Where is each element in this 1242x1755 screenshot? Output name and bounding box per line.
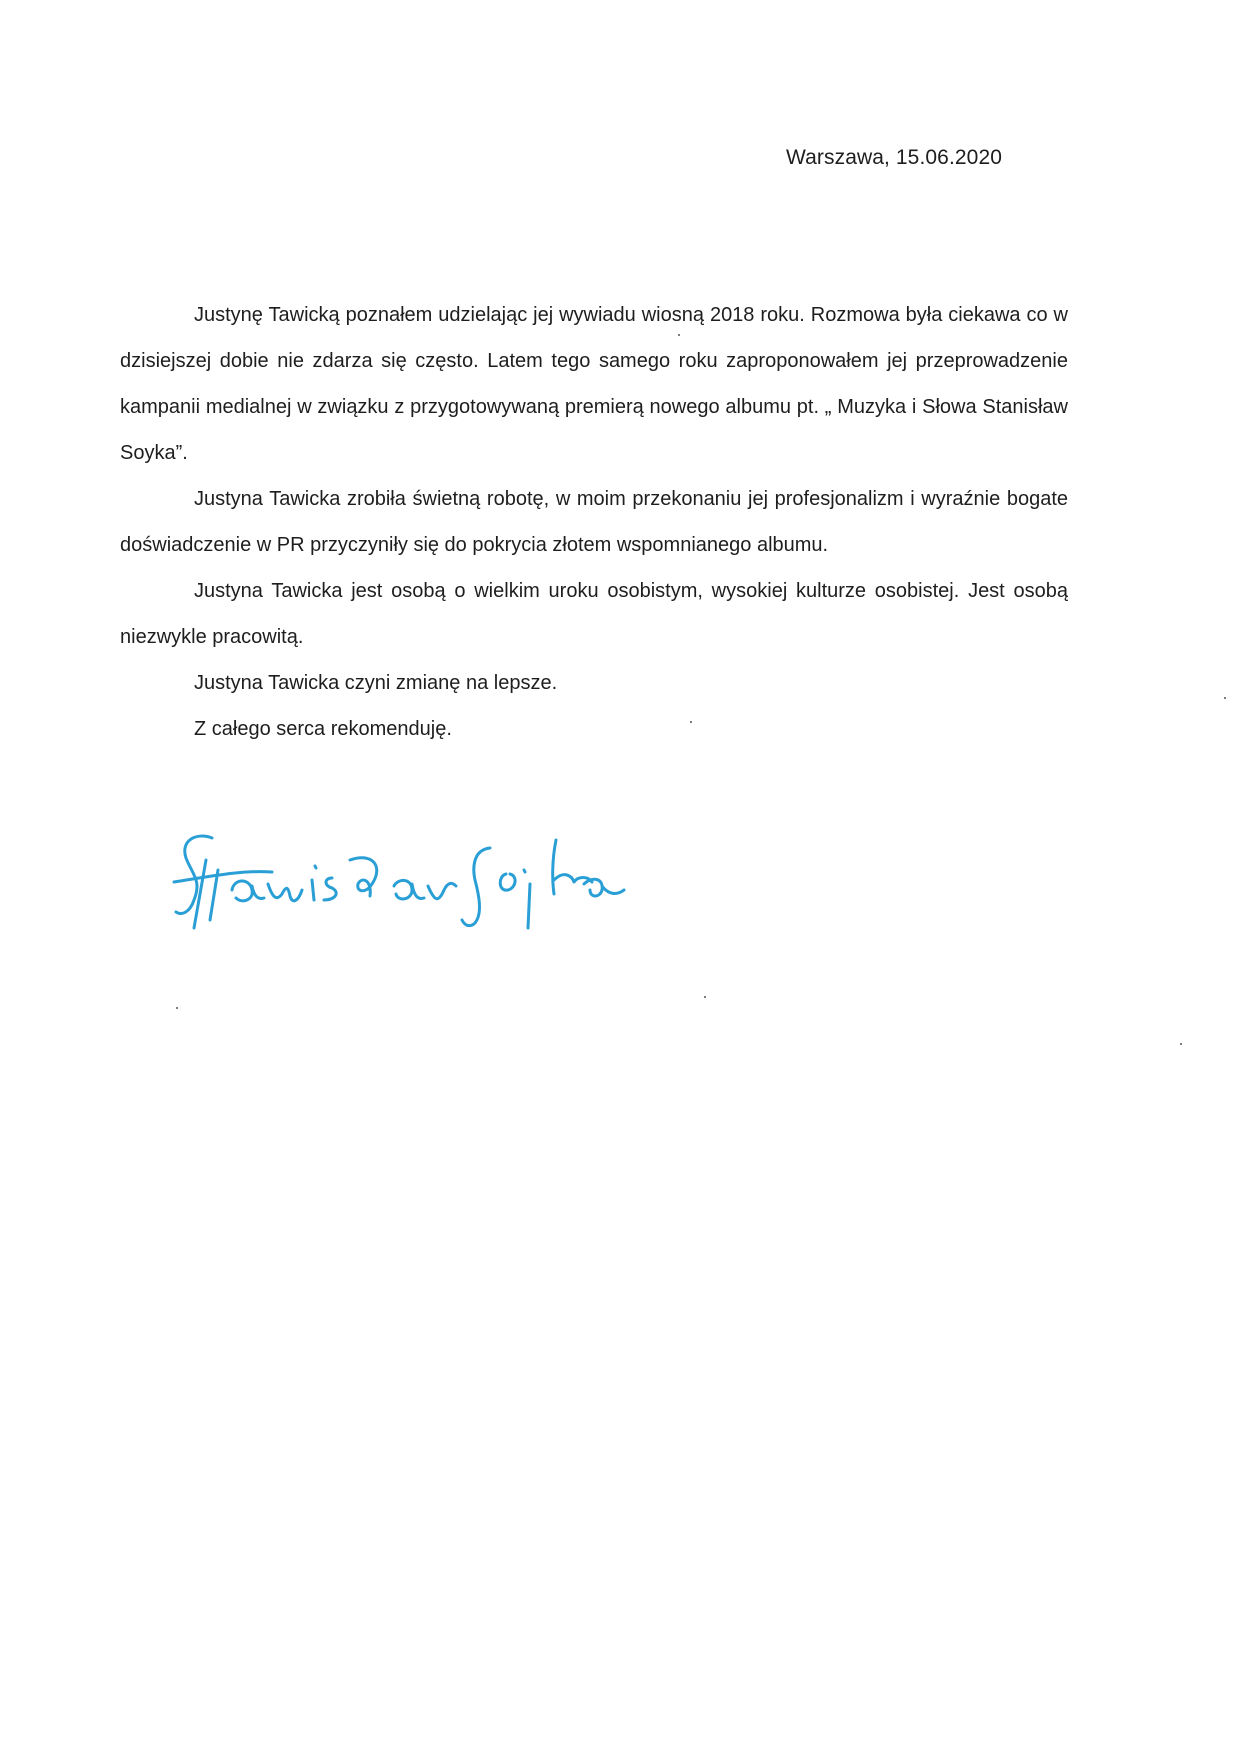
scan-speck <box>1224 697 1226 699</box>
paragraph-change: Justyna Tawicka czyni zmianę na lepsze. <box>120 660 1068 706</box>
place-and-date: Warszawa, 15.06.2020 <box>786 146 1002 170</box>
letter-body: Justynę Tawicką poznałem udzielając jej … <box>120 292 1068 752</box>
paragraph-personality: Justyna Tawicka jest osobą o wielkim uro… <box>120 568 1068 660</box>
scan-speck <box>678 334 680 336</box>
scan-speck <box>704 996 706 998</box>
paragraph-recommendation: Z całego serca rekomenduję. <box>120 706 1068 752</box>
handwritten-signature <box>172 820 732 940</box>
paragraph-campaign: Justyna Tawicka zrobiła świetną robotę, … <box>120 476 1068 568</box>
scan-speck <box>176 1007 178 1009</box>
scan-speck <box>1180 1043 1182 1045</box>
paragraph-interview: Justynę Tawicką poznałem udzielając jej … <box>120 292 1068 476</box>
scan-speck <box>690 721 692 723</box>
